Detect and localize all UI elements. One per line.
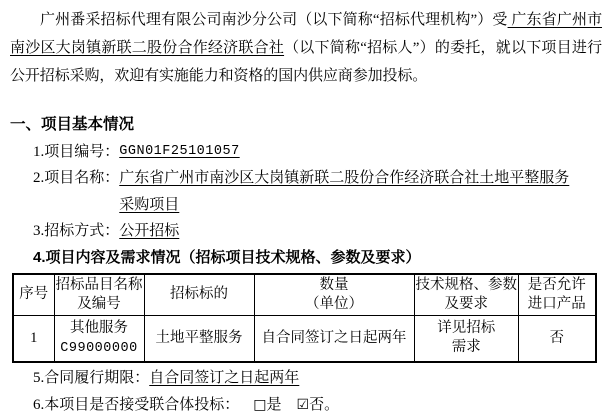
table-row: 1 其他服务C99000000 土地平整服务 自合同签订之日起两年 详见招标需求… xyxy=(13,315,596,362)
project-name-value: 广东省广州市南沙区大岗镇新联二股份合作经济联合社土地平整服务采购项目 xyxy=(119,165,575,218)
contract-period-label: 5.合同履行期限： xyxy=(33,365,149,392)
table-header-quantity-unit: 数量（单位） xyxy=(254,274,414,315)
consortium-yes-label: 是 xyxy=(267,397,282,413)
item-contract-period: 5.合同履行期限： 自合同签订之日起两年 xyxy=(33,365,602,392)
heading-project-content-requirements: 4.项目内容及需求情况（招标项目技术规格、参数及要求） xyxy=(33,245,602,272)
section-heading-project-basic-info: 一、项目基本情况 xyxy=(10,112,602,139)
table-header-bid-subject: 招标标的 xyxy=(144,274,254,315)
cell-quantity-unit: 自合同签订之日起两年 xyxy=(254,315,414,362)
cell-item-name-and-code: 其他服务C99000000 xyxy=(54,315,144,362)
table-header-serial-number: 序号 xyxy=(13,274,54,315)
table-header-row: 序号 招标品目名称及编号 招标标的 数量（单位） 技术规格、参数及要求 是否允许… xyxy=(13,274,596,315)
cell-serial-number: 1 xyxy=(13,315,54,362)
consortium-bidding-label: 6.本项目是否接受联合体投标： xyxy=(33,392,239,417)
checkbox-checked-icon: ☑ xyxy=(297,397,310,413)
intro-text-before: 广州番采招标代理有限公司南沙分公司（以下简称“招标代理机构”）受 xyxy=(40,12,508,28)
table-header-tech-specs: 技术规格、参数及要求 xyxy=(414,274,519,315)
checkbox-unchecked-icon: □ xyxy=(253,397,266,413)
project-number-label: 1.项目编号： xyxy=(33,139,119,166)
consortium-no-label: 否。 xyxy=(309,397,339,413)
consortium-option-no: ☑否。 xyxy=(297,392,340,417)
cell-tech-specs: 详见招标需求 xyxy=(414,315,519,362)
item-project-number: 1.项目编号： GGN01F25101057 xyxy=(33,139,602,166)
intro-paragraph: 广州番采招标代理有限公司南沙分公司（以下简称“招标代理机构”）受 广东省广州市南… xyxy=(10,6,602,90)
project-name-label: 2.项目名称： xyxy=(33,165,119,218)
table-header-item-name-and-code: 招标品目名称及编号 xyxy=(54,274,144,315)
project-number-value: GGN01F25101057 xyxy=(119,139,239,166)
contract-period-value: 自合同签订之日起两年 xyxy=(149,365,299,392)
item-consortium-bidding: 6.本项目是否接受联合体投标： □是 ☑否。 xyxy=(33,392,602,417)
document-page: 广州番采招标代理有限公司南沙分公司（以下简称“招标代理机构”）受 广东省广州市南… xyxy=(0,0,612,417)
cell-import-allowed: 否 xyxy=(519,315,596,362)
bidding-method-value: 公开招标 xyxy=(119,218,179,245)
requirements-table: 序号 招标品目名称及编号 招标标的 数量（单位） 技术规格、参数及要求 是否允许… xyxy=(12,273,597,363)
item-project-name: 2.项目名称： 广东省广州市南沙区大岗镇新联二股份合作经济联合社土地平整服务采购… xyxy=(33,165,602,218)
bidding-method-label: 3.招标方式： xyxy=(33,218,119,245)
table-header-import-allowed: 是否允许进口产品 xyxy=(519,274,596,315)
item-bidding-method: 3.招标方式： 公开招标 xyxy=(33,218,602,245)
cell-bid-subject: 土地平整服务 xyxy=(144,315,254,362)
consortium-option-yes: □是 xyxy=(253,392,281,417)
